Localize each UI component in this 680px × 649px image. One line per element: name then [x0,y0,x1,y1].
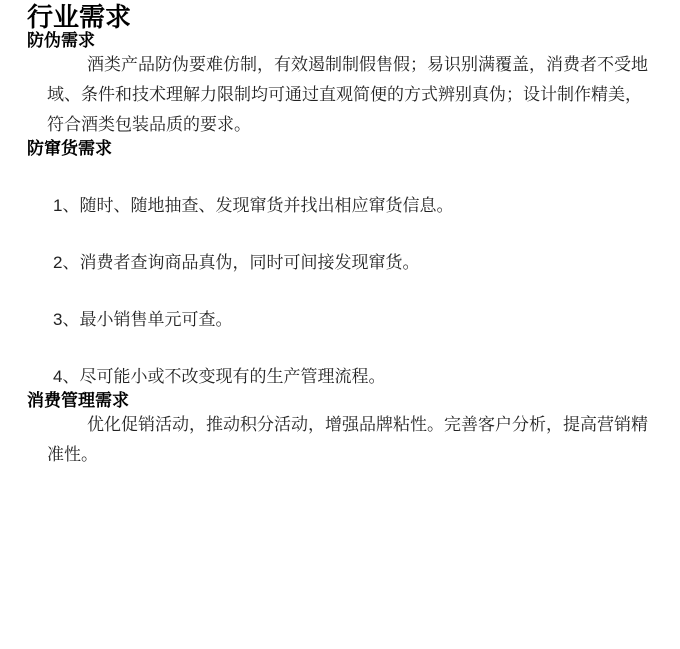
page-title: 行业需求 [27,2,655,32]
paragraph-consumer-management: 优化促销活动，推动积分活动，增强品牌粘性。完善客户分析，提高营销精 准性。 [47,410,655,470]
section-heading-consumer-management: 消费管理需求 [27,392,655,410]
list-item-1: 1、随时、随地抽查、发现窜货并找出相应窜货信息。 [53,191,655,221]
document-page: 行业需求 防伪需求 酒类产品防伪要难仿制，有效遏制制假售假；易识别满覆盖，消费者… [0,0,680,649]
list-item-2: 2、消费者查询商品真伪，同时可间接发现窜货。 [53,248,655,278]
paragraph-anti-counterfeit: 酒类产品防伪要难仿制，有效遏制制假售假；易识别满覆盖，消费者不受地 域、条件和技… [47,50,655,140]
section-heading-anti-channel-diversion: 防窜货需求 [27,140,655,158]
list-item-3: 3、最小销售单元可查。 [53,305,655,335]
section-heading-anti-counterfeit: 防伪需求 [27,32,655,50]
list-item-4: 4、尽可能小或不改变现有的生产管理流程。 [53,362,655,392]
